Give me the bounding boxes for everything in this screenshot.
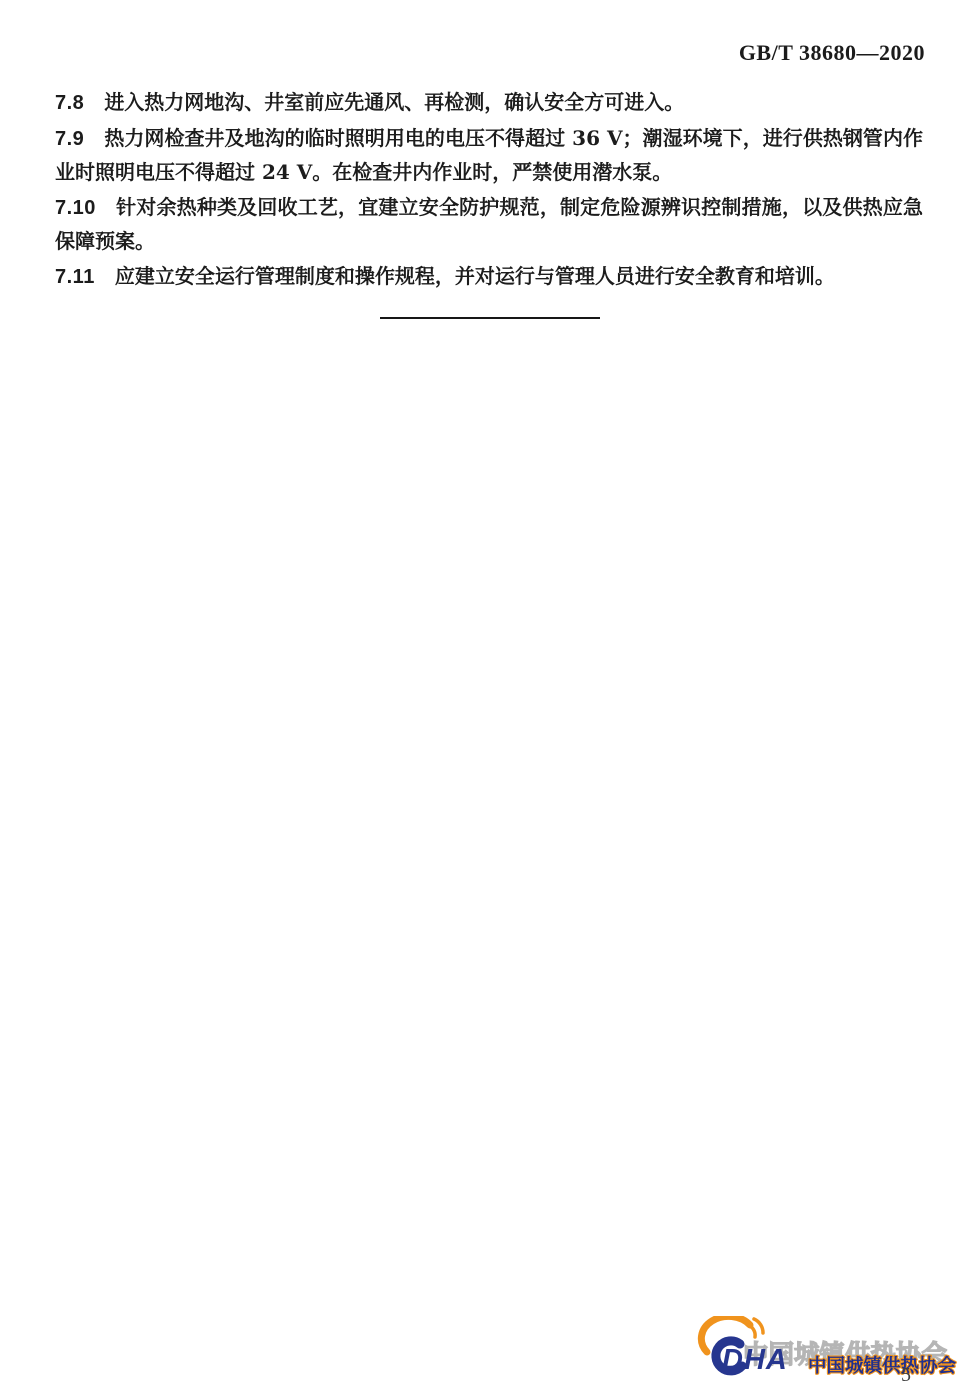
clause-7-8: 7.8进入热力网地沟、井室前应先通风、再检测，确认安全方可进入。	[55, 86, 923, 120]
standard-number: GB/T 38680—2020	[739, 40, 925, 66]
clause-7-11: 7.11应建立安全运行管理制度和操作规程，并对运行与管理人员进行安全教育和培训。	[55, 260, 923, 294]
end-of-text-rule	[380, 317, 600, 319]
clause-7-9: 7.9热力网检查井及地沟的临时照明用电的电压不得超过 36 V；潮湿环境下，进行…	[55, 122, 923, 189]
clause-list: 7.8进入热力网地沟、井室前应先通风、再检测，确认安全方可进入。 7.9热力网检…	[55, 86, 923, 296]
clause-text: 热力网检查井及地沟的临时照明用电的电压不得超过 36 V；潮湿环境下，进行供热钢…	[55, 126, 923, 184]
clause-number: 7.11	[55, 266, 95, 288]
clause-7-10: 7.10针对余热种类及回收工艺，宜建立安全防护规范，制定危险源辨识控制措施，以及…	[55, 191, 923, 258]
document-page: GB/T 38680—2020 7.8进入热力网地沟、井室前应先通风、再检测，确…	[0, 0, 978, 1397]
page-number: 5	[891, 1364, 921, 1387]
cdha-acronym-text: DHA	[722, 1344, 788, 1376]
clause-text: 针对余热种类及回收工艺，宜建立安全防护规范，制定危险源辨识控制措施，以及供热应急…	[55, 195, 923, 253]
clause-number: 7.9	[55, 128, 84, 150]
clause-text: 进入热力网地沟、井室前应先通风、再检测，确认安全方可进入。	[104, 90, 684, 114]
clause-number: 7.8	[55, 92, 84, 114]
association-name-text: 中国城镇供热协会	[808, 1355, 957, 1377]
clause-text: 应建立安全运行管理制度和操作规程，并对运行与管理人员进行安全教育和培训。	[115, 264, 835, 288]
clause-number: 7.10	[55, 197, 96, 219]
